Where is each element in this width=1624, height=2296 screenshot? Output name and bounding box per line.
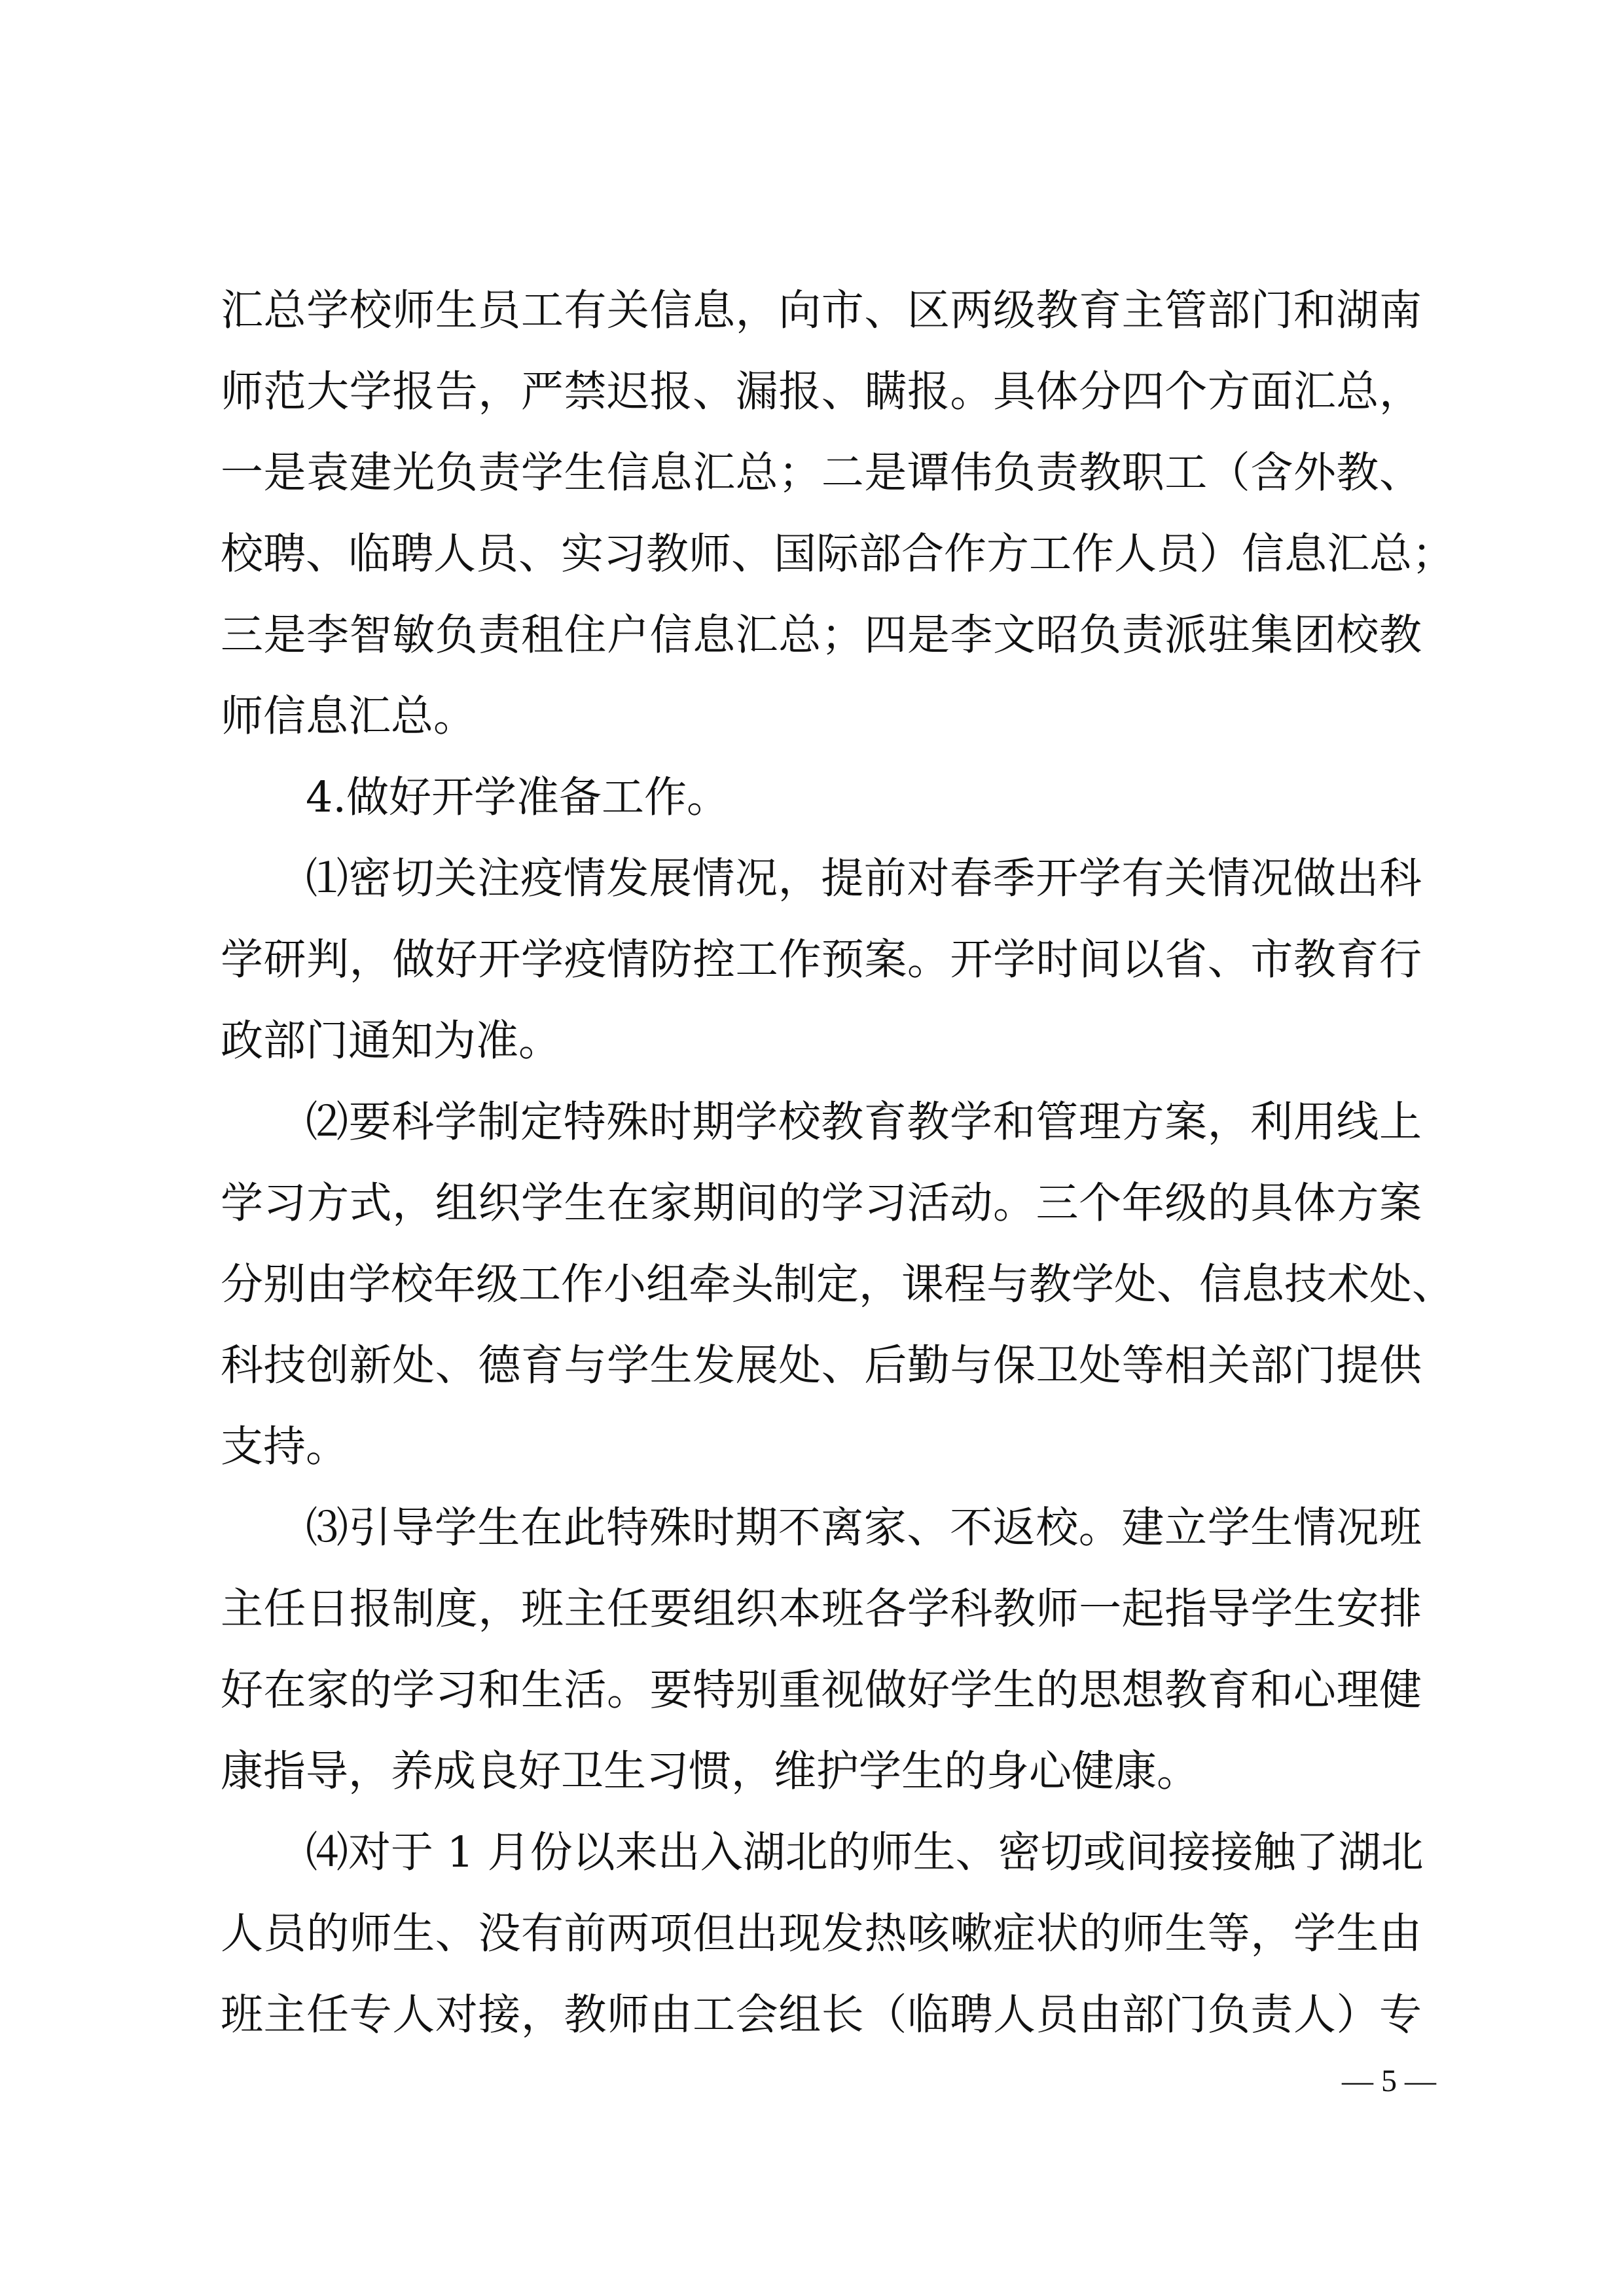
page-number: — 5 — <box>1342 2062 1427 2101</box>
text-line: 班主任专人对接，教师由工会组长（临聘人员由部门负责人）专 <box>221 1975 1422 2056</box>
text-line: 科技创新处、德育与学生发展处、后勤与保卫处等相关部门提供 <box>221 1325 1422 1407</box>
text-line: 支持。 <box>221 1407 1422 1488</box>
text-line: ⑶引导学生在此特殊时期不离家、不返校。建立学生情况班 <box>221 1488 1422 1569</box>
text-line: 好在家的学习和生活。要特别重视做好学生的思想教育和心理健 <box>221 1650 1422 1731</box>
text-line: 一是袁建光负责学生信息汇总；二是谭伟负责教职工（含外教、 <box>221 433 1422 514</box>
text-line: 学习方式，组织学生在家期间的学习活动。三个年级的具体方案 <box>221 1163 1422 1244</box>
text-line: 康指导，养成良好卫生习惯，维护学生的身心健康。 <box>221 1731 1422 1812</box>
body-text: 汇总学校师生员工有关信息，向市、区两级教育主管部门和湖南 师范大学报告，严禁迟报… <box>221 270 1422 2056</box>
text-line: 三是李智敏负责租住户信息汇总；四是李文昭负责派驻集团校教 <box>221 595 1422 676</box>
text-line: 汇总学校师生员工有关信息，向市、区两级教育主管部门和湖南 <box>221 270 1422 351</box>
text-line: 人员的师生、没有前两项但出现发热咳嗽症状的师生等，学生由 <box>221 1893 1422 1975</box>
text-line: 师信息汇总。 <box>221 676 1422 757</box>
document-page: 汇总学校师生员工有关信息，向市、区两级教育主管部门和湖南 师范大学报告，严禁迟报… <box>0 0 1624 2296</box>
text-line: 主任日报制度，班主任要组织本班各学科教师一起指导学生安排 <box>221 1569 1422 1650</box>
text-line: 政部门通知为准。 <box>221 1001 1422 1082</box>
text-line: 校聘、临聘人员、实习教师、国际部合作方工作人员）信息汇总； <box>221 514 1422 595</box>
text-line: ⑵要科学制定特殊时期学校教育教学和管理方案，利用线上 <box>221 1082 1422 1163</box>
section-heading: 4.做好开学准备工作。 <box>221 757 1422 838</box>
text-line: 师范大学报告，严禁迟报、漏报、瞒报。具体分四个方面汇总， <box>221 351 1422 433</box>
text-line: ⑴密切关注疫情发展情况，提前对春季开学有关情况做出科 <box>221 838 1422 920</box>
text-line: ⑷对于 1 月份以来出入湖北的师生、密切或间接接触了湖北 <box>221 1812 1422 1893</box>
text-line: 分别由学校年级工作小组牵头制定，课程与教学处、信息技术处、 <box>221 1244 1422 1325</box>
text-line: 学研判，做好开学疫情防控工作预案。开学时间以省、市教育行 <box>221 920 1422 1001</box>
